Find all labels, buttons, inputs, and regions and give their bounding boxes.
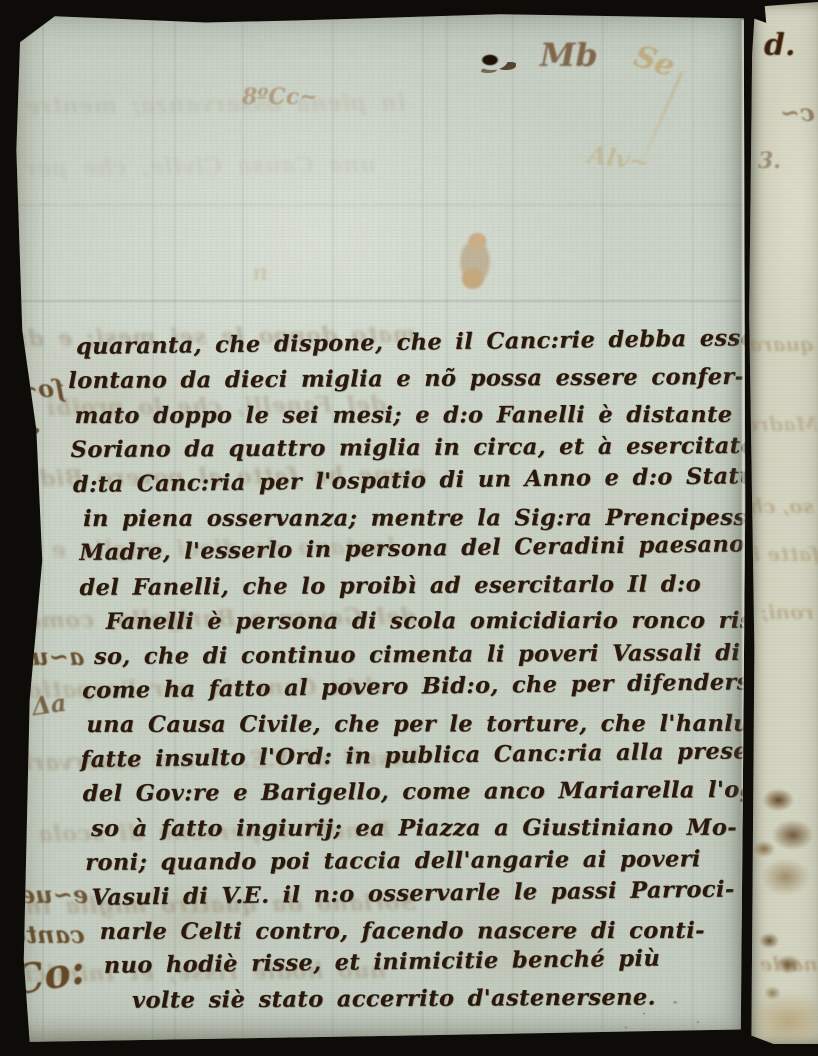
horizontal-crease — [6, 300, 746, 302]
ink-blot — [478, 50, 508, 70]
manuscript-line: Madre, l'esserlo in persona del Ceradini… — [79, 528, 741, 571]
faded-ink-mark: 3. — [758, 148, 781, 174]
wax-stain — [452, 224, 498, 302]
ink-mark: Mb — [540, 36, 598, 74]
ink-stain — [744, 987, 818, 1044]
manuscript-line: mato doppo le sei mesi; e d:o Fanelli è … — [74, 398, 740, 434]
horizontal-crease — [6, 204, 746, 206]
manuscript-line: Fanelli è persona di scola omicidiario r… — [106, 604, 742, 640]
manuscript-line: quaranta, che dispone, che il Canc:rie d… — [76, 321, 740, 364]
bleedthrough-text: in piena osservanza; mentre la Sig:ra Pr… — [0, 90, 406, 125]
bleedthrough-text: so, che di continuo cimenta li poveri Va… — [746, 494, 814, 520]
manuscript-line: del Fanelli, che lo proibì ad esercitarl… — [79, 567, 741, 605]
faded-ink-mark: n — [251, 259, 269, 286]
faded-ink-stroke — [642, 72, 684, 161]
margin-mark: ſo~ — [18, 374, 64, 403]
faded-ink-mark: Se — [630, 39, 680, 85]
ink-speckles — [596, 980, 716, 1036]
manuscript-photo: in piena osservanza; mentre la Sig:ra Pr… — [0, 0, 818, 1056]
manuscript-line: so à fatto ingiurij; ea Piazza a Giustin… — [91, 810, 743, 846]
manuscript-text-block: quaranta, che dispone, che il Canc:rie d… — [68, 326, 744, 1018]
ink-stain — [746, 772, 818, 912]
margin-mark: c~ — [8, 574, 40, 600]
page-edge-highlight — [742, 20, 745, 1022]
bleedthrough-text: quaranta, che dispone, che il Canc:rie d… — [746, 332, 814, 358]
adjacent-page-edge: d. c~ 3. quaranta, che dispone, che il C… — [744, 2, 818, 1044]
manuscript-line: del Gov:re e Barigello, come anco Mariar… — [83, 773, 743, 811]
bleedthrough-text: roni; quando poi taccia dell'angarie ai … — [746, 600, 814, 626]
margin-mark: ʒ. — [14, 406, 41, 441]
manuscript-line: lontano da dieci miglia e nõ possa esser… — [68, 360, 740, 399]
bleedthrough-text: Madre, l'esserlo in persona del Ceradini… — [750, 412, 818, 438]
ink-mark: d. — [764, 28, 795, 63]
margin-mark: Δa — [30, 688, 68, 721]
faded-ink-mark: 8ºCc~ — [242, 84, 318, 110]
manuscript-line: nuo hodiè risse, et inimicitie benché pi… — [104, 941, 744, 984]
faded-ink-mark: c~ — [780, 98, 815, 127]
bleedthrough-text: fatte insulto l'Ord: in publica Canc:ria… — [752, 542, 818, 568]
manuscript-page: in piena osservanza; mentre la Sig:ra Pr… — [6, 8, 746, 1044]
bleedthrough-text: una Causa Civile, che per le torture, ch… — [0, 152, 376, 187]
manuscript-line: come ha fatto al povero Bid:o, che per d… — [82, 665, 742, 708]
